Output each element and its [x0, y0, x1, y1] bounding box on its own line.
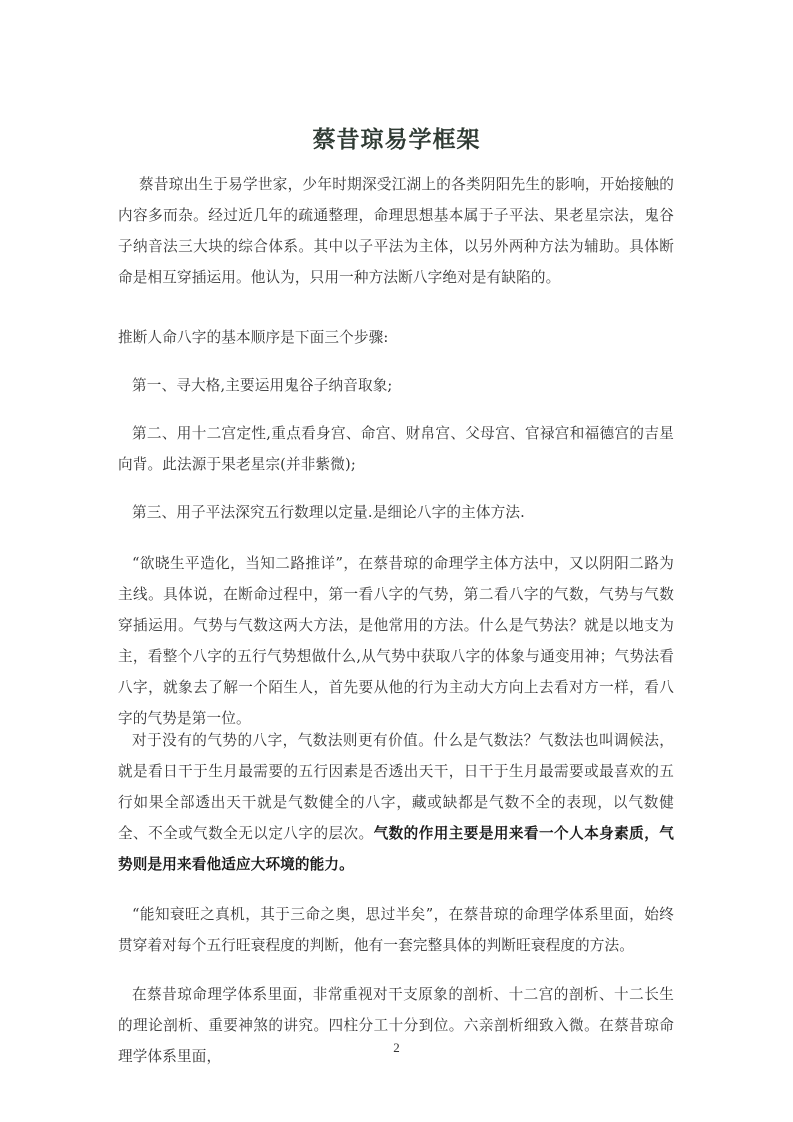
paragraph-system: 在蔡昔琼命理学体系里面，非常重视对干支原象的剖析、十二宫的剖析、十二长生的理论剖…: [118, 979, 674, 1072]
paragraph-step-two: 第二、用十二宫定性,重点看身宫、命宫、财帛宫、父母宫、官禄宫和福德宫的吉星向背。…: [118, 418, 674, 480]
paragraph-intro: 蔡昔琼出生于易学世家，少年时期深受江湖上的各类阴阳先生的影响，开始接触的内容多而…: [118, 169, 674, 293]
paragraph-step-three: 第三、用子平法深究五行数理以定量.是细论八字的主体方法.: [118, 497, 674, 528]
document-title: 蔡昔琼易学框架: [0, 124, 793, 156]
page-number: 2: [0, 1040, 793, 1056]
paragraph-qishi-qishu: “欲晓生平造化，当知二路推详”，在蔡昔琼的命理学主体方法中，又以阴阳二路为主线。…: [118, 548, 674, 734]
document-page: 蔡昔琼易学框架 蔡昔琼出生于易学世家，少年时期深受江湖上的各类阴阳先生的影响，开…: [0, 0, 793, 1122]
paragraph-steps-intro: 推断人命八字的基本顺序是下面三个步骤:: [118, 322, 674, 353]
paragraph-step-one: 第一、寻大格,主要运用鬼谷子纳音取象;: [118, 370, 674, 401]
paragraph-qishu-method: 对于没有的气势的八字，气数法则更有价值。什么是气数法？气数法也叫调候法，就是看日…: [118, 725, 674, 880]
paragraph-wangshuai: “能知衰旺之真机，其于三命之奥，思过半矣”，在蔡昔琼的命理学体系里面，始终贯穿着…: [118, 899, 674, 961]
